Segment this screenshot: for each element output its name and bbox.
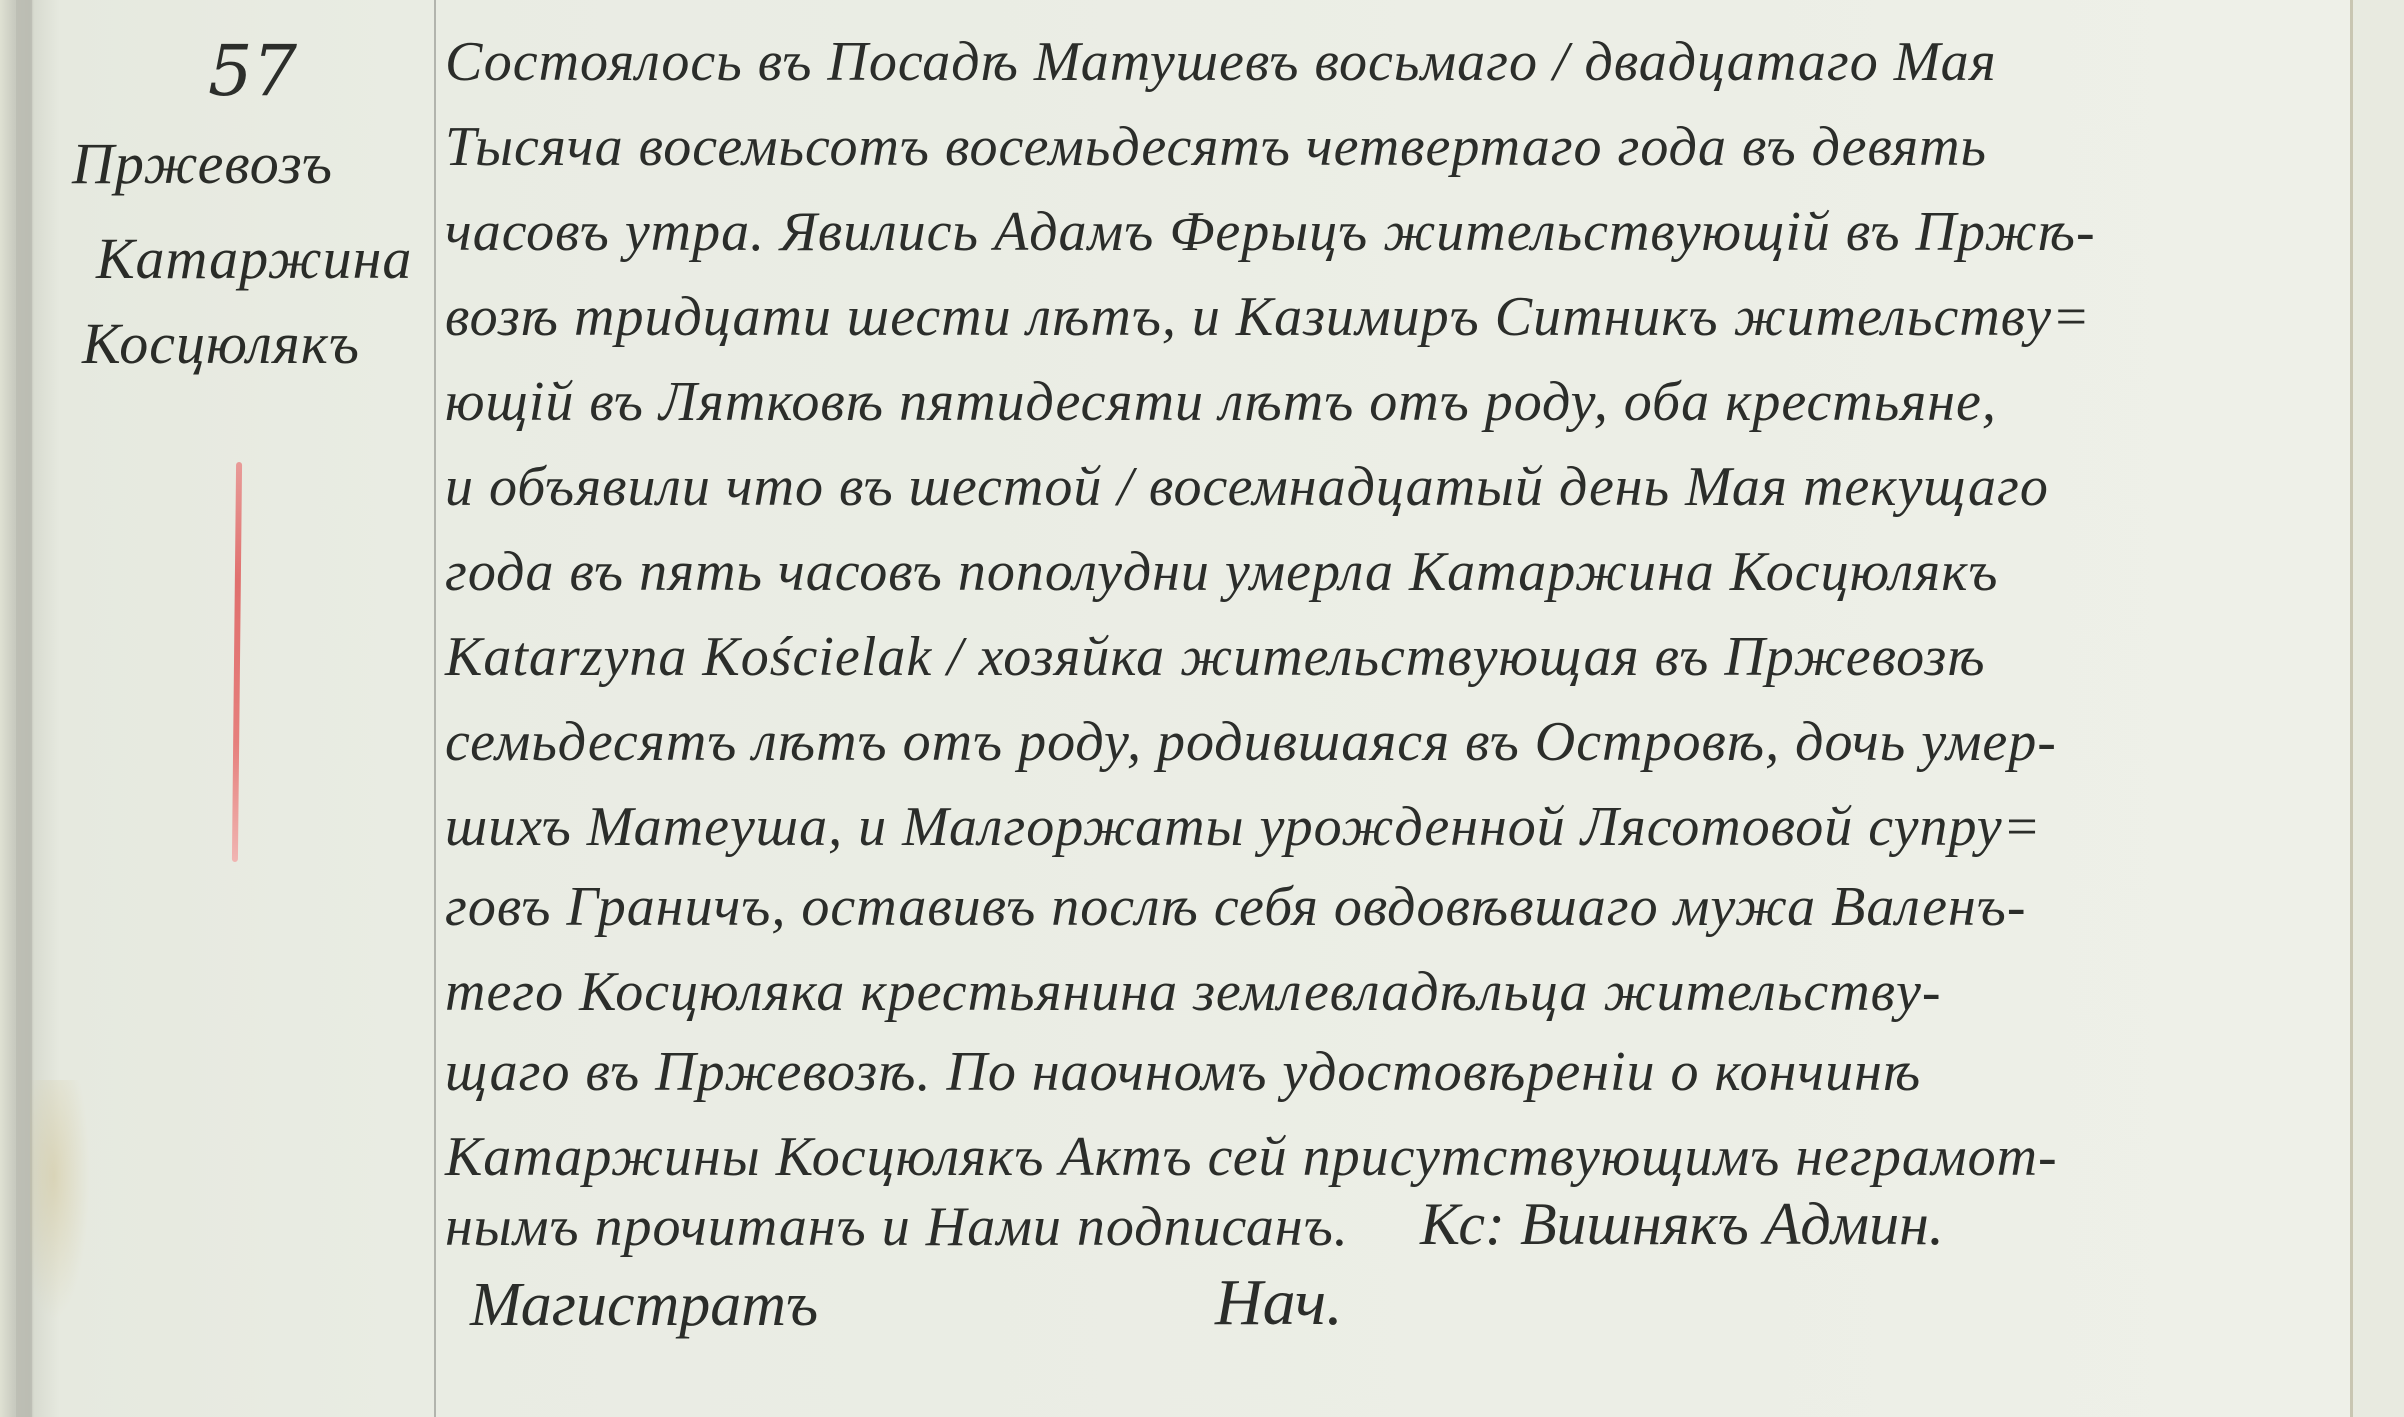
next-page-edge [2350, 0, 2404, 1417]
body-line-5: ющій въ Лятковѣ пятидесяти лѣтъ отъ роду… [445, 370, 2325, 434]
body-line-15: нымъ прочитанъ и Нами подписанъ. [445, 1195, 1345, 1259]
body-line-10: шихъ Матеуша, и Малгоржаты урожденной Ля… [445, 795, 2325, 859]
priest-signature: Кс: Вишнякъ Админ. [1420, 1190, 1944, 1259]
body-line-6: и объявили что въ шестой / восемнадцатый… [445, 455, 2325, 519]
margin-first-name: Катаржина [96, 225, 412, 292]
margin-village: Пржевозъ [72, 130, 333, 197]
body-line-9: семьдесятъ лѣтъ отъ роду, родившаяся въ … [445, 710, 2325, 774]
red-pencil-mark [232, 462, 242, 862]
entry-number: 57 [208, 30, 297, 112]
margin-column-rule [434, 0, 436, 1417]
body-line-8: Katarzyna Kościelak / хозяйка жительству… [445, 625, 2325, 689]
body-line-3: часовъ утра. Явились Адамъ Ферыцъ житель… [445, 200, 2325, 264]
margin-last-name: Косцюлякъ [82, 310, 360, 377]
official-signature: Магистратъ [470, 1270, 818, 1341]
body-line-11: говъ Граничъ, оставивъ послѣ себя овдовѣ… [445, 875, 2325, 939]
initials-signature: Нач. [1215, 1265, 1343, 1341]
register-page: 57 Пржевозъ Катаржина Косцюлякъ Состояло… [0, 0, 2404, 1417]
paper-stain [30, 1080, 90, 1320]
body-line-2: Тысяча восемьсотъ восемьдесятъ четвертаг… [445, 115, 2325, 179]
body-line-12: тего Косцюляка крестьянина землевладѣльц… [445, 960, 2325, 1024]
body-line-4: возѣ тридцати шести лѣтъ, и Казимиръ Сит… [445, 285, 2325, 349]
body-line-1: Состоялось въ Посадѣ Матушевъ восьмаго /… [445, 30, 2325, 94]
body-line-7: года въ пять часовъ пополудни умерла Кат… [445, 540, 2325, 604]
body-line-14: Катаржины Косцюлякъ Актъ сей присутствую… [445, 1125, 2325, 1189]
body-line-13: щаго въ Пржевозѣ. По наочномъ удостовѣре… [445, 1040, 2325, 1104]
